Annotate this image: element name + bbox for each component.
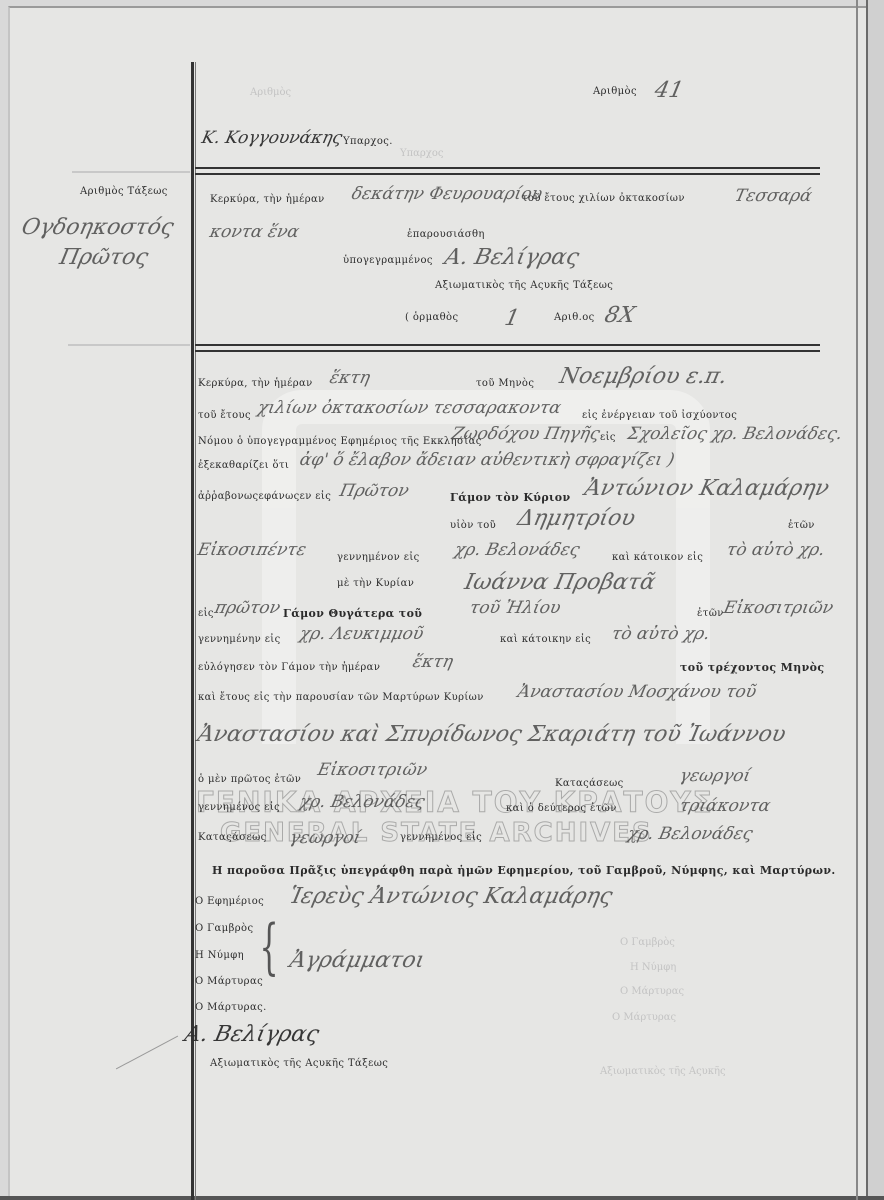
registration-year-label: τοῦ ἔτους χιλίων ὀκτακοσίων xyxy=(522,193,685,204)
record-parish-place: Σχολεῖος χρ. Βελονάδες. xyxy=(626,424,844,444)
registration-year-1: Τεσσαρά xyxy=(733,186,814,206)
record-line6-label-a: υἱὸν τοῦ xyxy=(450,520,496,531)
officer-title: Αξιωματικὸς τῆς Αςυκῆς Τάξεως xyxy=(435,280,613,291)
bleed-through-text: Η Νύμφη xyxy=(630,962,676,973)
groom-residence: τὸ αὐτὸ χρ. xyxy=(725,540,827,560)
record-year: χιλίων ὀκτακοσίων τεσσαρακοντα xyxy=(256,398,563,418)
bleed-through-text: Αριθμὸς xyxy=(250,87,291,98)
record-line14-label-a: γεννημένος εἰς xyxy=(198,802,280,813)
bride-residence: τὸ αὐτὸ χρ. xyxy=(610,624,712,644)
number-value: 41 xyxy=(652,78,685,103)
witness2-birthplace: χρ. Βελονάδες xyxy=(626,824,755,844)
illiterate-note: Ἀγράμματοι xyxy=(287,948,427,973)
groom-father: Δημητρίου xyxy=(515,506,637,531)
priest-signature: Ἱερεὺς Ἀντώνιος Καλαμάρης xyxy=(287,884,614,909)
appeared-label: ἐπαρουσιάσθη xyxy=(407,229,485,240)
groom-sign-label: Ο Γαμβρὸς xyxy=(195,923,253,934)
registration-day: δεκάτην Φευρουαρίου xyxy=(350,184,544,204)
bride-name: Ιωάννα Προβατᾶ xyxy=(462,570,657,595)
witness2-status: γεωργοί xyxy=(288,828,362,848)
record-day: ἕκτη xyxy=(328,368,372,388)
margin-rule-top xyxy=(72,171,190,173)
bleed-through-text: Υπαρχος xyxy=(400,148,444,159)
record-line9-label-c: ἐτῶν xyxy=(697,608,724,619)
record-line10-label-b: καὶ κάτοικην εἰς xyxy=(500,634,591,645)
record-line2-label-b: εἰς ἐνέργειαν τοῦ ἰσχύοντος xyxy=(582,410,737,421)
record-line11-label-a: εὐλόγησεν τὸν Γάμον τὴν ἡμέραν xyxy=(198,662,380,673)
signed-statement: Η παροῦσα Πρᾶξις ὑπεγράφθη παρὰ ἡμῶν Εφη… xyxy=(212,864,836,877)
bride-marriage-number: πρῶτον xyxy=(213,598,282,618)
registration-city-day-label: Κερκύρα, τὴν ἡμέραν xyxy=(210,194,325,205)
record-line3-label-a: Νόμου ὁ ὑπογεγραμμένος Εφημέριος τῆς Εκκ… xyxy=(198,436,482,447)
record-line15-label-b: γεννημένος εἰς xyxy=(400,832,482,843)
bleed-through-text: O Μάρτυρας xyxy=(620,986,684,997)
officer-final-signature: Α. Βελίγρας xyxy=(182,1022,321,1047)
number-label: Αριθμὸς xyxy=(593,86,637,97)
bride-sign-label: Η Νύμφη xyxy=(195,950,244,961)
record-month: Νοεμβρίου ε.π. xyxy=(557,364,729,389)
record-church: Ζωοδόχου Πηγῆς xyxy=(450,424,602,444)
record-line11-label-b: τοῦ τρέχοντος Μηνὸς xyxy=(680,661,825,674)
witnesses-line2: Ἀναστασίου καὶ Σπυρίδωνος Σκαριάτη τοῦ Ἰ… xyxy=(195,722,788,747)
registration-year-2: κοντα ἕνα xyxy=(208,222,301,242)
groom-birthplace: χρ. Βελονάδες xyxy=(453,540,582,560)
mayor-handwritten: Κ. Κογγουνάκης xyxy=(200,128,344,148)
record-line5-label-b: Γάμον τὸν Κύριον xyxy=(450,491,571,504)
witness2-sign-label: Ο Μάρτυρας. xyxy=(195,1002,267,1013)
groom-age: Εἰκοσιπέντε xyxy=(196,540,308,560)
record-line12-label: καὶ ἔτους εἰς τὴν παρουσίαν τῶν Μαρτύρων… xyxy=(198,692,484,703)
record-license-note: ἀφ' ὅ ἔλαβον ἄδειαν αὐθεντικὴ σφραγίζει … xyxy=(298,450,676,470)
ormathos-label: ( ὁρμαθὸς xyxy=(405,312,458,323)
wedding-day: ἕκτη xyxy=(411,652,455,672)
record-line13-label-a: ὁ μὲν πρῶτος ἐτῶν xyxy=(198,774,301,785)
record-line15-label-a: Καταςάσεως xyxy=(198,832,267,843)
record-line1-label-b: τοῦ Μηνὸς xyxy=(476,378,534,389)
frame-vertical-line-right xyxy=(856,0,858,1200)
record-line5-label-a: ἀῤῥαβονωςεφάνωςεν εἰς xyxy=(198,491,331,502)
groom-name: Ἀντώνιον Καλαμάρην xyxy=(582,476,831,501)
witness1-age: Εἰκοσιτριῶν xyxy=(316,760,429,780)
record-line10-label-a: γεννημένην εἰς xyxy=(198,634,281,645)
class-number-label: Αριθμὸς Τάξεως xyxy=(80,186,168,197)
scan-bottom-edge xyxy=(0,1196,884,1200)
section-rule-1 xyxy=(195,167,820,175)
bride-age: Εἰκοσιτριῶν xyxy=(722,598,835,618)
adjacent-page-strip xyxy=(868,0,884,1200)
section-rule-2 xyxy=(195,344,820,352)
class-number-value-line1: Ογδοηκοστός xyxy=(19,215,176,240)
record-line4-label: ἐξεκαθαρίζει ὅτι xyxy=(198,460,289,471)
record-line7-label-a: γεννημένον εἰς xyxy=(337,552,420,563)
record-line2-label-a: τοῦ ἔτους xyxy=(198,410,251,421)
record-line7-label-b: καὶ κάτοικον εἰς xyxy=(612,552,703,563)
priest-label: Ο Εφημέριος xyxy=(195,896,264,907)
class-number-value-line2: Πρῶτος xyxy=(57,245,150,270)
bride-birthplace: χρ. Λευκιμμοῦ xyxy=(298,624,426,644)
mayor-label: Υπαρχος. xyxy=(343,136,393,147)
record-line14-label-b: καὶ ὁ δεύτερος ἐτῶν xyxy=(506,803,617,814)
officer-final-title: Αξιωματικὸς τῆς Αςυκῆς Τάξεως xyxy=(210,1058,388,1069)
witness1-sign-label: Ο Μάρτυρας xyxy=(195,976,263,987)
bleed-through-text: O Μάρτυρας xyxy=(612,1012,676,1023)
record-line9-label-a: εἰς xyxy=(198,608,214,619)
officer-signature: Α. Βελίγρας xyxy=(442,245,581,270)
undersigned-label: ὑπογεγραμμένος xyxy=(343,255,433,266)
record-line8-label: μὲ τὴν Κυρίαν xyxy=(337,578,414,589)
record-line3-label-b: εἰς xyxy=(600,432,616,443)
witnesses-line1: Ἀναστασίου Μοσχάνου τοῦ xyxy=(516,682,758,702)
record-line1-label-a: Κερκύρα, τὴν ἡμέραν xyxy=(198,378,313,389)
margin-rule-mid xyxy=(68,344,190,346)
groom-marriage-number: Πρῶτον xyxy=(338,481,411,501)
record-line6-label-b: ἐτῶν xyxy=(788,520,815,531)
witness1-status: γεωργοί xyxy=(678,766,752,786)
record-line9-label-b: Γάμον Θυγάτερα τοῦ xyxy=(283,607,422,620)
arith-value: 8X xyxy=(602,303,637,328)
witness1-birthplace: χρ. Βελονάδες xyxy=(298,792,427,812)
signatures-brace: { xyxy=(260,912,279,982)
bride-father: τοῦ Ἠλίου xyxy=(468,598,563,618)
bleed-through-text: O Γαμβρὸς xyxy=(620,937,675,948)
bleed-through-text: Αξιωματικὸς τῆς Αςυκῆς xyxy=(600,1066,726,1077)
arith-label: Αριθ.ος xyxy=(554,312,595,323)
witness2-age: τριάκοντα xyxy=(678,796,772,816)
